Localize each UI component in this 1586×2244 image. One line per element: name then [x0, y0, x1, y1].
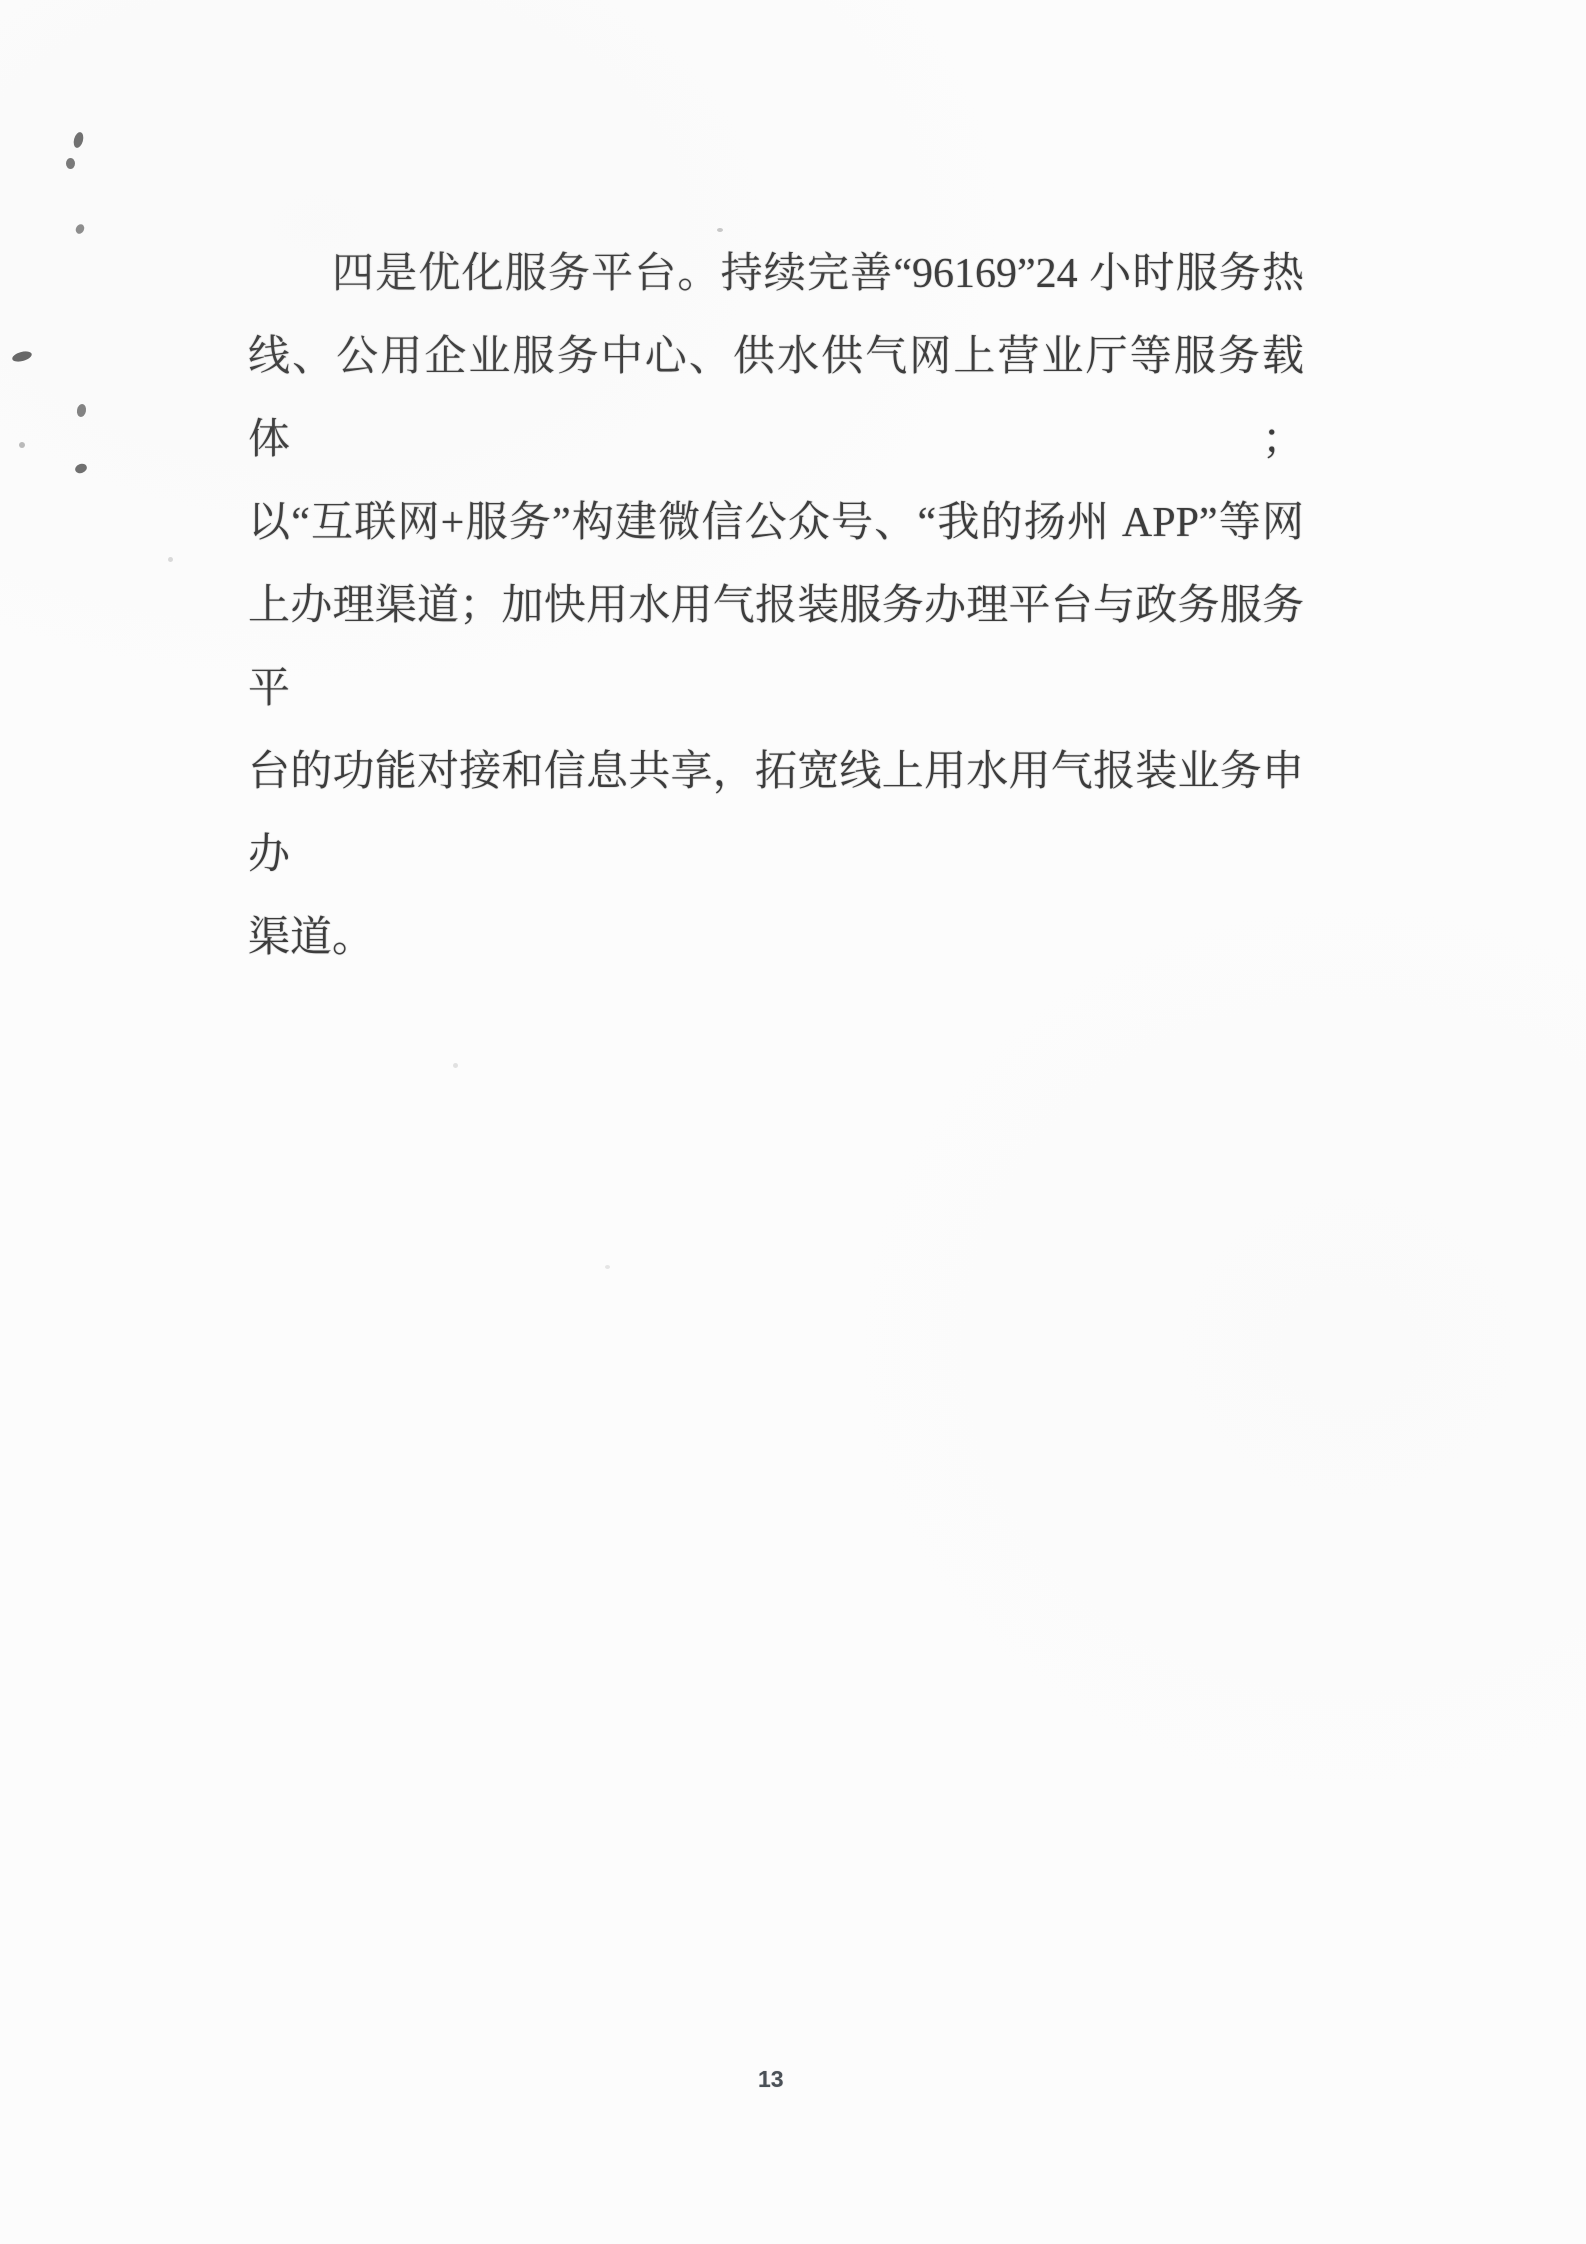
scan-speck	[74, 462, 88, 475]
scan-speck	[19, 442, 25, 448]
scan-speck	[66, 158, 75, 169]
scan-speck	[717, 228, 723, 232]
paragraph-line-5: 台的功能对接和信息共享，拓宽线上用水用气报装业务申办	[248, 731, 1304, 897]
scan-speck	[76, 403, 87, 417]
page-number: 13	[758, 2066, 828, 2093]
document-page: 四是优化服务平台。持续完善“96169”24 小时服务热 线、公用企业服务中心、…	[0, 0, 1586, 2244]
scan-speck	[605, 1265, 610, 1269]
paragraph-line-3: 以“互联网+服务”构建微信公众号、“我的扬州 APP”等网	[248, 482, 1304, 565]
scan-speck	[453, 1063, 458, 1068]
paragraph-line-2: 线、公用企业服务中心、供水供气网上营业厅等服务载体；	[248, 316, 1304, 482]
scan-speck	[72, 131, 85, 149]
paragraph-line-4: 上办理渠道；加快用水用气报装服务办理平台与政务服务平	[248, 565, 1304, 731]
scan-speck	[168, 557, 173, 562]
scan-speck	[11, 350, 33, 364]
scan-speck	[74, 223, 86, 236]
paragraph-line-6: 渠道。	[248, 897, 1304, 980]
paragraph-line-1: 四是优化服务平台。持续完善“96169”24 小时服务热	[248, 233, 1304, 316]
body-paragraph: 四是优化服务平台。持续完善“96169”24 小时服务热 线、公用企业服务中心、…	[248, 233, 1304, 980]
